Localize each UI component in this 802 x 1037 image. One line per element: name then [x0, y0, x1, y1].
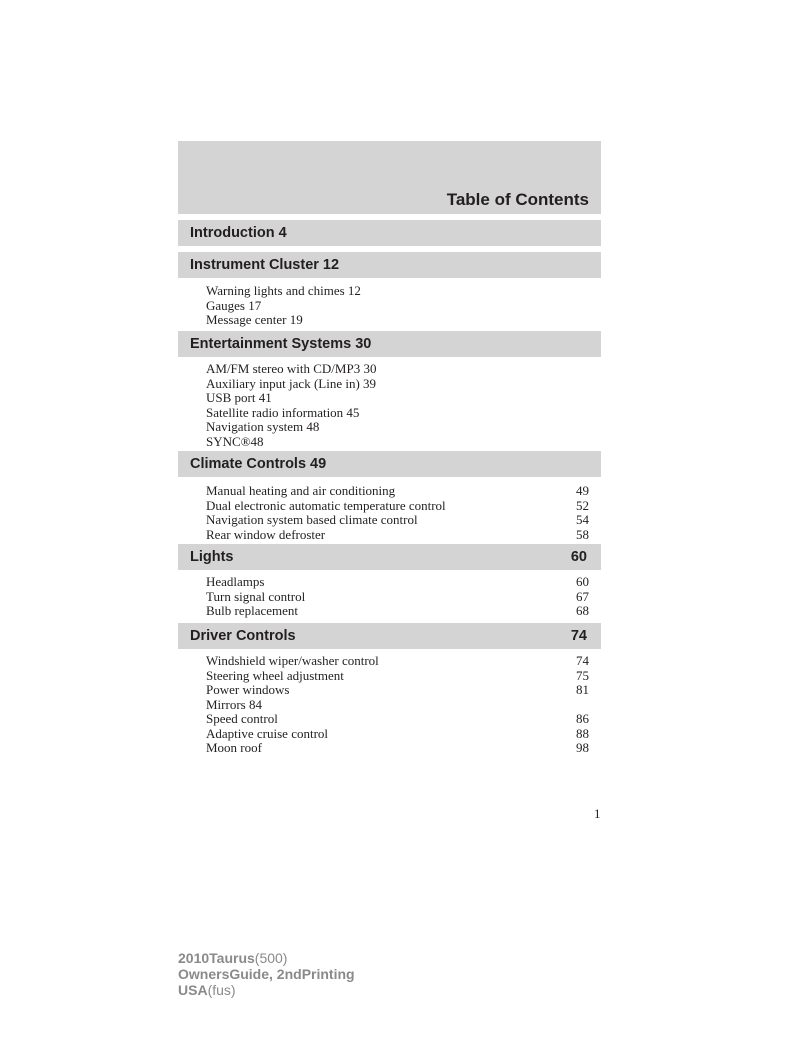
section-title: Climate Controls 49 — [190, 456, 326, 472]
toc-entry[interactable]: Moon roof98 — [206, 741, 589, 756]
section-heading-instrument-cluster[interactable]: Instrument Cluster 12 — [178, 252, 601, 278]
section-title: Introduction 4 — [190, 225, 287, 241]
section-items-driver-controls: Windshield wiper/washer control74 Steeri… — [206, 654, 589, 756]
toc-entry[interactable]: Navigation system based climate control5… — [206, 513, 589, 528]
page-title: Table of Contents — [447, 190, 589, 210]
toc-entry[interactable]: Manual heating and air conditioning49 — [206, 484, 589, 499]
toc-entry[interactable]: Mirrors 84 — [206, 698, 589, 713]
toc-entry[interactable]: Rear window defroster58 — [206, 528, 589, 543]
toc-entry[interactable]: Turn signal control67 — [206, 590, 589, 605]
page-number: 1 — [594, 806, 601, 822]
section-page: 60 — [571, 549, 587, 565]
section-heading-lights[interactable]: Lights 60 — [178, 544, 601, 570]
toc-entry[interactable]: Adaptive cruise control88 — [206, 727, 589, 742]
footer-line-3: USA(fus) — [178, 982, 355, 998]
toc-entry[interactable]: Steering wheel adjustment75 — [206, 669, 589, 684]
toc-entry[interactable]: Headlamps60 — [206, 575, 589, 590]
print-footer: 2010Taurus(500) OwnersGuide, 2ndPrinting… — [178, 950, 355, 998]
section-heading-entertainment-systems[interactable]: Entertainment Systems 30 — [178, 331, 601, 357]
section-page: 74 — [571, 628, 587, 644]
toc-entry[interactable]: Navigation system 48 — [206, 420, 589, 435]
section-items-instrument-cluster: Warning lights and chimes 12 Gauges 17 M… — [206, 284, 589, 328]
section-heading-introduction[interactable]: Introduction 4 — [178, 220, 601, 246]
toc-entry[interactable]: Auxiliary input jack (Line in) 39 — [206, 377, 589, 392]
footer-line-1: 2010Taurus(500) — [178, 950, 355, 966]
section-title: Driver Controls — [190, 628, 296, 644]
toc-entry[interactable]: Gauges 17 — [206, 299, 589, 314]
section-title: Lights — [190, 549, 234, 565]
toc-entry[interactable]: USB port 41 — [206, 391, 589, 406]
title-banner: Table of Contents — [178, 141, 601, 214]
toc-entry[interactable]: Message center 19 — [206, 313, 589, 328]
toc-entry[interactable]: Satellite radio information 45 — [206, 406, 589, 421]
toc-entry[interactable]: Power windows81 — [206, 683, 589, 698]
section-items-entertainment-systems: AM/FM stereo with CD/MP3 30 Auxiliary in… — [206, 362, 589, 449]
section-title: Instrument Cluster 12 — [190, 257, 339, 273]
toc-entry[interactable]: Warning lights and chimes 12 — [206, 284, 589, 299]
toc-entry[interactable]: SYNC®48 — [206, 435, 589, 450]
section-heading-driver-controls[interactable]: Driver Controls 74 — [178, 623, 601, 649]
toc-entry[interactable]: Bulb replacement68 — [206, 604, 589, 619]
toc-entry[interactable]: Windshield wiper/washer control74 — [206, 654, 589, 669]
footer-line-2: OwnersGuide, 2ndPrinting — [178, 966, 355, 982]
toc-entry[interactable]: AM/FM stereo with CD/MP3 30 — [206, 362, 589, 377]
section-items-climate-controls: Manual heating and air conditioning49 Du… — [206, 484, 589, 542]
section-items-lights: Headlamps60 Turn signal control67 Bulb r… — [206, 575, 589, 619]
toc-entry[interactable]: Dual electronic automatic temperature co… — [206, 499, 589, 514]
toc-entry[interactable]: Speed control86 — [206, 712, 589, 727]
section-title: Entertainment Systems 30 — [190, 336, 371, 352]
section-heading-climate-controls[interactable]: Climate Controls 49 — [178, 451, 601, 477]
